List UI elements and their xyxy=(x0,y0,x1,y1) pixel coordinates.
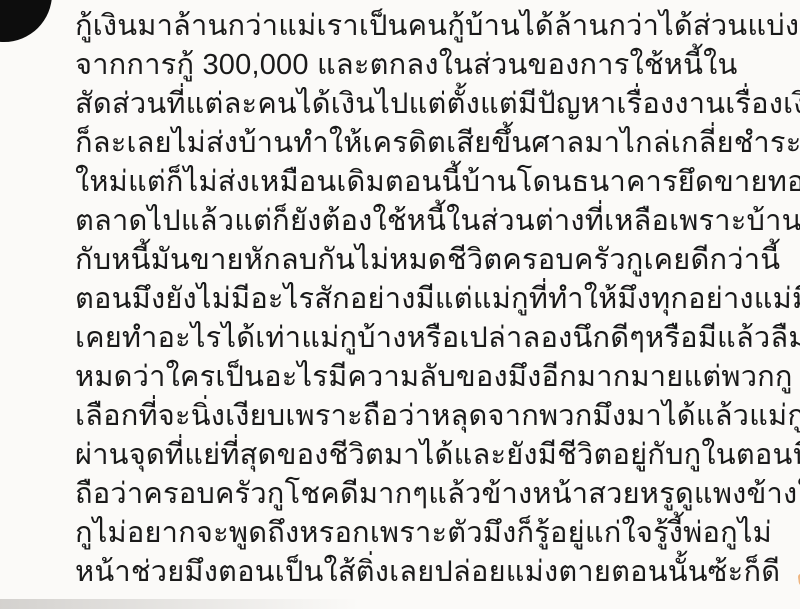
text-line: ถือว่าครอบครัวกูโชคดีมากๆแล้วข้างหน้าสวย… xyxy=(75,475,795,514)
text-line: ใหม่แต่ก็ไม่ส่งเหมือนเดิมตอนนี้บ้านโดนธน… xyxy=(75,163,795,202)
text-line: หมดว่าใครเป็นอะไรมีความลับของมึงอีกมากมา… xyxy=(75,358,795,397)
text-line: ก็ละเลยไม่ส่งบ้านทำให้เครดิตเสียขึ้นศาลม… xyxy=(75,124,795,163)
post-text-block: กู้เงินมาล้านกว่าแม่เราเป็นคนกู้บ้านได้ล… xyxy=(75,7,795,594)
text-line: ตอนมึงยังไม่มีอะไรสักอย่างมีแต่แม่กูที่ท… xyxy=(75,280,795,319)
middle-finger-emoji: 🖕🏻 xyxy=(788,554,800,595)
text-line: เคยทำอะไรได้เท่าแม่กูบ้างหรือเปล่าลองนึก… xyxy=(75,319,795,358)
text-line: ผ่านจุดที่แย่ที่สุดของชีวิตมาได้และยังมี… xyxy=(75,436,795,475)
text-line: ตลาดไปแล้วแต่ก็ยังต้องใช้หนี้ในส่วนต่างท… xyxy=(75,202,795,241)
text-line: จากการกู้ 300,000 และตกลงในส่วนของการใช้… xyxy=(75,46,795,85)
text-line: เลือกที่จะนิ่งเงียบเพราะถือว่าหลุดจากพวก… xyxy=(75,397,795,436)
corner-circle-decoration xyxy=(0,0,52,42)
text-line: กับหนี้มันขายหักลบกันไม่หมดชีวิตครอบครัว… xyxy=(75,241,795,280)
text-line: กูไม่อยากจะพูดถึงหรอกเพราะตัวมึงก็รู้อยู… xyxy=(75,514,795,553)
text-line-last: หน้าช่วยมึงตอนเป็นใส้ติ่งเลยปล่อยแม่งตาย… xyxy=(75,553,795,594)
text-line: สัดส่วนที่แต่ละคนได้เงินไปแต่ตั้งแต่มีปั… xyxy=(75,85,795,124)
text-line: หน้าช่วยมึงตอนเป็นใส้ติ่งเลยปล่อยแม่งตาย… xyxy=(75,556,780,588)
screenshot-canvas: กู้เงินมาล้านกว่าแม่เราเป็นคนกู้บ้านได้ล… xyxy=(0,0,800,609)
bottom-edge-shade xyxy=(0,599,360,609)
text-line: กู้เงินมาล้านกว่าแม่เราเป็นคนกู้บ้านได้ล… xyxy=(75,7,795,46)
